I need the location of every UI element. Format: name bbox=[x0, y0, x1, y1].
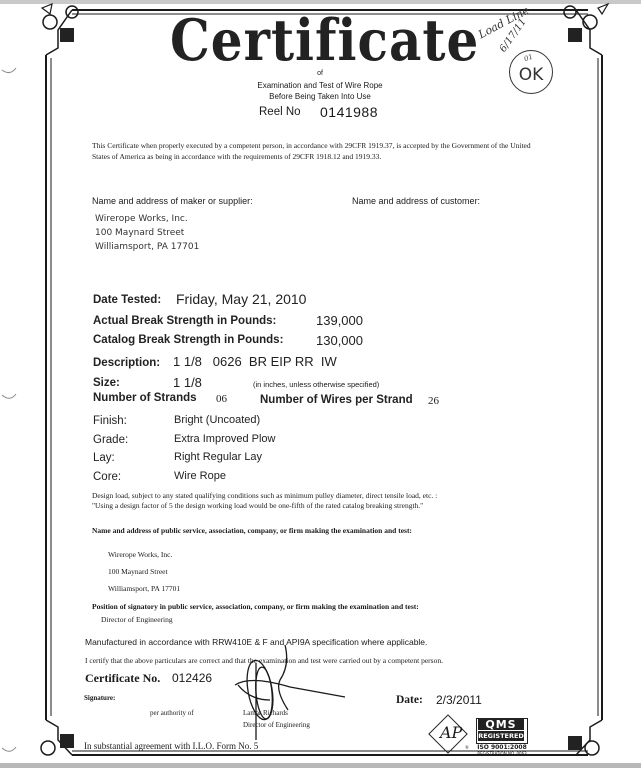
maker-city: Williamsport, PA 17701 bbox=[95, 240, 199, 254]
date-tested-value: Friday, May 21, 2010 bbox=[176, 291, 306, 307]
lay-label: Lay: bbox=[93, 452, 115, 464]
grade-label: Grade: bbox=[93, 434, 128, 446]
qms-text: QMS bbox=[478, 719, 524, 730]
position-value: Director of Engineering bbox=[101, 615, 173, 624]
legal-notice: This Certificate when properly executed … bbox=[92, 140, 542, 162]
size-value: 1 1/8 bbox=[173, 375, 202, 390]
public-service-street: 100 Maynard Street bbox=[108, 563, 180, 580]
grade-value: Extra Improved Plow bbox=[174, 433, 275, 445]
strands-value: 06 bbox=[216, 393, 227, 405]
ilo-agreement: In substantial agreement with I.L.O. For… bbox=[84, 741, 258, 751]
design-load-line2: "Using a design factor of 5 the design w… bbox=[92, 501, 552, 511]
maker-address: Wirerope Works, Inc. 100 Maynard Street … bbox=[95, 212, 199, 254]
design-load-line1: Design load, subject to any stated quali… bbox=[92, 491, 552, 501]
signature-label: Signature: bbox=[84, 694, 115, 702]
maker-street: 100 Maynard Street bbox=[95, 226, 199, 240]
public-service-label: Name and address of public service, asso… bbox=[92, 526, 412, 535]
customer-label: Name and address of customer: bbox=[352, 196, 480, 206]
subtitle-line1: Examination and Test of Wire Rope bbox=[220, 80, 420, 91]
wires-label: Number of Wires per Strand bbox=[260, 394, 413, 406]
subtitle-line2: Before Being Taken Into Use bbox=[220, 91, 420, 102]
maker-name: Wirerope Works, Inc. bbox=[95, 212, 199, 226]
catalog-break-label: Catalog Break Strength in Pounds: bbox=[93, 334, 283, 346]
strands-label: Number of Strands bbox=[93, 392, 197, 404]
certificate-number-label: Certificate No. bbox=[85, 671, 160, 686]
size-label: Size: bbox=[93, 377, 120, 389]
registered-mark: ® bbox=[465, 746, 469, 751]
finish-value: Bright (Uncoated) bbox=[174, 414, 260, 426]
date-label: Date: bbox=[396, 694, 423, 706]
actual-break-label: Actual Break Strength in Pounds: bbox=[93, 315, 276, 327]
per-authority-text: per authority of bbox=[150, 709, 194, 717]
certificate-title: Certificate bbox=[170, 6, 470, 74]
scan-bottom-edge bbox=[0, 763, 641, 768]
core-value: Wire Rope bbox=[174, 470, 226, 482]
core-label: Core: bbox=[93, 471, 121, 483]
reel-label: Reel No bbox=[259, 106, 301, 118]
maker-label: Name and address of maker or supplier: bbox=[92, 196, 253, 206]
description-value: 1 1/8 0626 BR EIP RR IW bbox=[173, 354, 337, 369]
design-load-note: Design load, subject to any stated quali… bbox=[92, 491, 552, 511]
registered-text: REGISTERED bbox=[478, 731, 524, 741]
actual-break-value: 139,000 bbox=[316, 313, 363, 328]
lay-value: Right Regular Lay bbox=[174, 451, 262, 463]
size-note: (in inches, unless otherwise specified) bbox=[253, 380, 379, 389]
reel-number: 0141988 bbox=[320, 104, 378, 120]
finish-label: Finish: bbox=[93, 415, 127, 427]
position-label: Position of signatory in public service,… bbox=[92, 602, 419, 611]
title-of: of bbox=[300, 70, 340, 77]
certificate-subtitle: Examination and Test of Wire Rope Before… bbox=[220, 80, 420, 102]
date-value: 2/3/2011 bbox=[436, 693, 482, 707]
iso-text: ISO 9001:2008 bbox=[476, 744, 528, 751]
public-service-address: Wirerope Works, Inc. 100 Maynard Street … bbox=[108, 546, 180, 597]
handwritten-signature bbox=[230, 645, 360, 745]
ok-stamp-text: OK bbox=[519, 65, 544, 85]
registration-number: REGISTRATION NO. 0063 bbox=[476, 751, 528, 756]
description-label: Description: bbox=[93, 357, 160, 369]
qms-registered-badge: AP ® QMS REGISTERED ISO 9001:2008 REGIST… bbox=[432, 716, 532, 758]
public-service-name: Wirerope Works, Inc. bbox=[108, 546, 180, 563]
wires-value: 26 bbox=[428, 395, 439, 407]
date-tested-label: Date Tested: bbox=[93, 294, 161, 306]
ap-logo: AP bbox=[440, 723, 462, 742]
certificate-number-value: 012426 bbox=[172, 671, 212, 685]
catalog-break-value: 130,000 bbox=[316, 333, 363, 348]
public-service-city: Williamsport, PA 17701 bbox=[108, 580, 180, 597]
